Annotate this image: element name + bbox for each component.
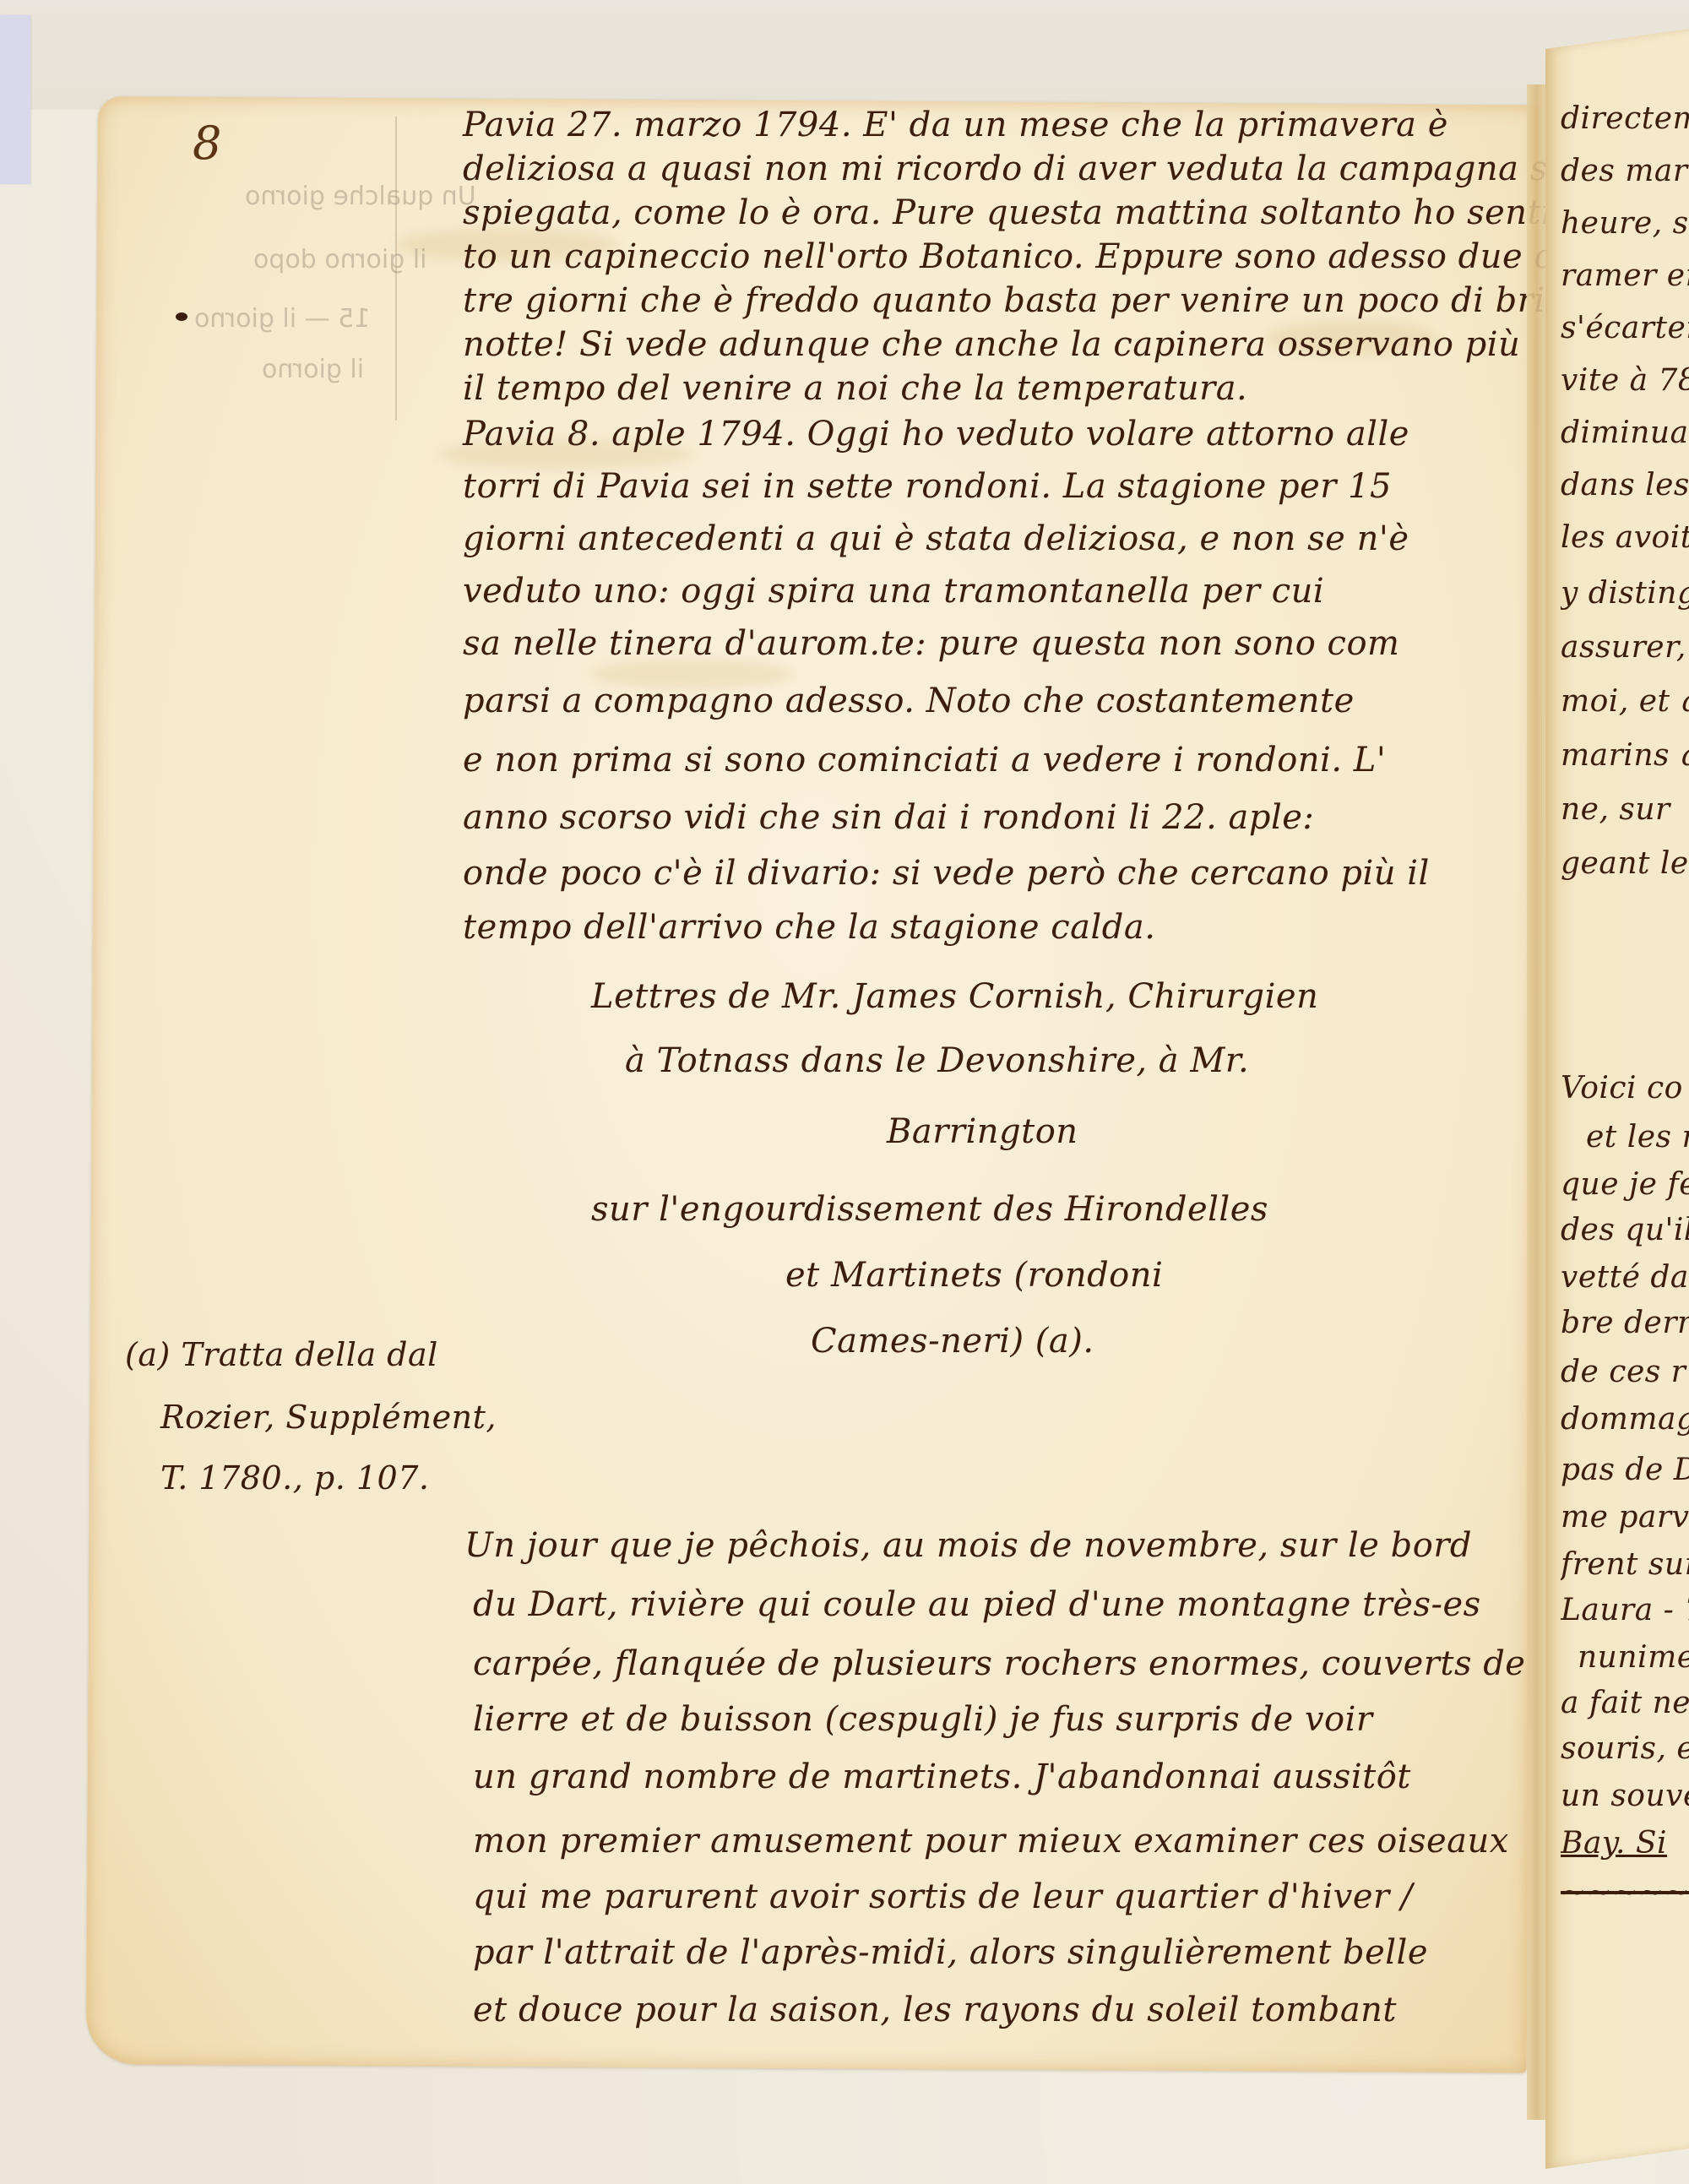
text-line: to un capineccio nell'orto Botanico. Epp… (463, 240, 1555, 274)
text-line: diminua (1561, 416, 1689, 450)
text-line: et les m (1586, 1120, 1689, 1154)
text-line: heure, sa (1561, 206, 1689, 241)
text-line: sa nelle tinera d'aurom.te: pure questa … (463, 627, 1399, 660)
text-line: onde poco c'è il divario: si vede però c… (463, 856, 1430, 890)
ink-blot (176, 312, 187, 321)
text-line: giorni antecedenti a qui è stata delizio… (463, 522, 1409, 556)
footnote-line: Rozier, Supplément, (160, 1394, 497, 1441)
text-line: dommagea (1561, 1402, 1689, 1437)
text-line: il tempo del venire a noi che la tempera… (463, 372, 1247, 405)
pencil-showthrough-line: il giorno (262, 355, 364, 384)
text-line: un souven (1561, 1779, 1689, 1813)
heading-line: à Totnass dans le Devonshire, à Mr. (625, 1044, 1249, 1078)
text-line: Voici co (1561, 1071, 1683, 1106)
text-line: deliziosa a quasi non mi ricordo di aver… (463, 152, 1599, 186)
heading-line: Cames-neri) (a). (811, 1324, 1094, 1358)
text-line: bre dern (1561, 1306, 1689, 1340)
text-line: parsi a compagno adesso. Noto che costan… (463, 684, 1355, 718)
text-line: Laura - 7 (1561, 1593, 1689, 1627)
text-line: tre giorni che è freddo quanto basta per… (463, 284, 1631, 318)
text-line: anno scorso vidi che sin dai i rondoni l… (463, 801, 1314, 834)
text-line: mon premier amusement pour mieux examine… (473, 1824, 1509, 1858)
text-line: de ces r (1561, 1355, 1686, 1389)
text-line: marins q (1561, 738, 1689, 773)
text-line: Pavia 8. aple 1794. Oggi ho veduto volar… (463, 417, 1409, 451)
text-line: veduto uno: oggi spira una tramontanella… (463, 574, 1324, 608)
color-reference-tab (0, 15, 30, 184)
text-line: qui me parurent avoir sortis de leur qua… (473, 1880, 1413, 1914)
text-line: ramer en (1561, 258, 1689, 293)
text-line: des qu'ils (1561, 1213, 1689, 1247)
heading-line: Lettres de Mr. James Cornish, Chirurgien (591, 980, 1318, 1013)
pencil-showthrough-line: Un qualche giorno (245, 182, 476, 211)
text-line: geant le (1561, 846, 1689, 881)
heading-line: Barrington (887, 1115, 1078, 1149)
struck-out-text: ~~~~~~ (1561, 1875, 1689, 1910)
text-line: vite à 78 (1561, 363, 1689, 398)
text-line: a fait nen (1561, 1686, 1689, 1720)
pencil-showthrough-line: il giorno dopo (253, 245, 426, 274)
footnote-line: (a) Tratta della dal (125, 1331, 438, 1378)
page-number: 8 (193, 117, 221, 170)
text-line: que je fer (1561, 1167, 1689, 1202)
text-line: souris, en (1561, 1731, 1689, 1766)
footnote-line: T. 1780., p. 107. (160, 1454, 429, 1502)
text-line: des martin (1561, 154, 1689, 188)
text-line: lierre et de buisson (cespugli) je fus s… (473, 1703, 1373, 1736)
text-line: un grand nombre de martinets. J'abandonn… (473, 1760, 1411, 1794)
text-line: ne, sur (1561, 792, 1670, 827)
text-line: et douce pour la saison, les rayons du s… (473, 1993, 1397, 2027)
text-line: carpée, flanquée de plusieurs rochers en… (473, 1647, 1525, 1681)
text-line: Bay. Si (1561, 1826, 1667, 1861)
text-line: Pavia 27. marzo 1794. E' da un mese che … (463, 108, 1448, 142)
backdrop (0, 0, 1689, 110)
text-line: du Dart, rivière qui coule au pied d'une… (473, 1588, 1481, 1622)
text-line: spiegata, come lo è ora. Pure questa mat… (463, 196, 1552, 230)
text-line: tempo dell'arrivo che la stagione calda. (463, 910, 1155, 944)
text-line: notte! Si vede adunque che anche la capi… (463, 328, 1520, 361)
text-line: pas de D (1561, 1453, 1689, 1487)
text-line: assurer, (1561, 630, 1686, 665)
text-line: moi, et q (1561, 684, 1689, 719)
text-line: vetté dan (1561, 1260, 1689, 1295)
text-line: les avoit (1561, 520, 1689, 555)
text-line: y distingu (1561, 576, 1689, 611)
text-line: directement (1561, 101, 1689, 136)
text-line: torri di Pavia sei in sette rondoni. La … (463, 470, 1392, 503)
text-line: dans les (1561, 468, 1689, 503)
text-line: me parvin (1561, 1500, 1689, 1535)
text-line: nuniment (1578, 1640, 1689, 1675)
text-line: Un jour que je pêchois, au mois de novem… (464, 1529, 1472, 1562)
text-line: frent sur (1561, 1547, 1689, 1582)
heading-line: et Martinets (rondoni (785, 1258, 1163, 1292)
text-line: par l'attrait de l'après-midi, alors sin… (473, 1936, 1428, 1969)
heading-line: sur l'engourdissement des Hirondelles (591, 1193, 1268, 1226)
text-line: s'écarter (1561, 311, 1689, 345)
text-line: e non prima si sono cominciati a vedere … (463, 743, 1386, 777)
pencil-showthrough-line: 15 — il giorno (194, 304, 370, 334)
right-page-text: directement des martin heure, sa ramer e… (1561, 101, 1689, 2128)
